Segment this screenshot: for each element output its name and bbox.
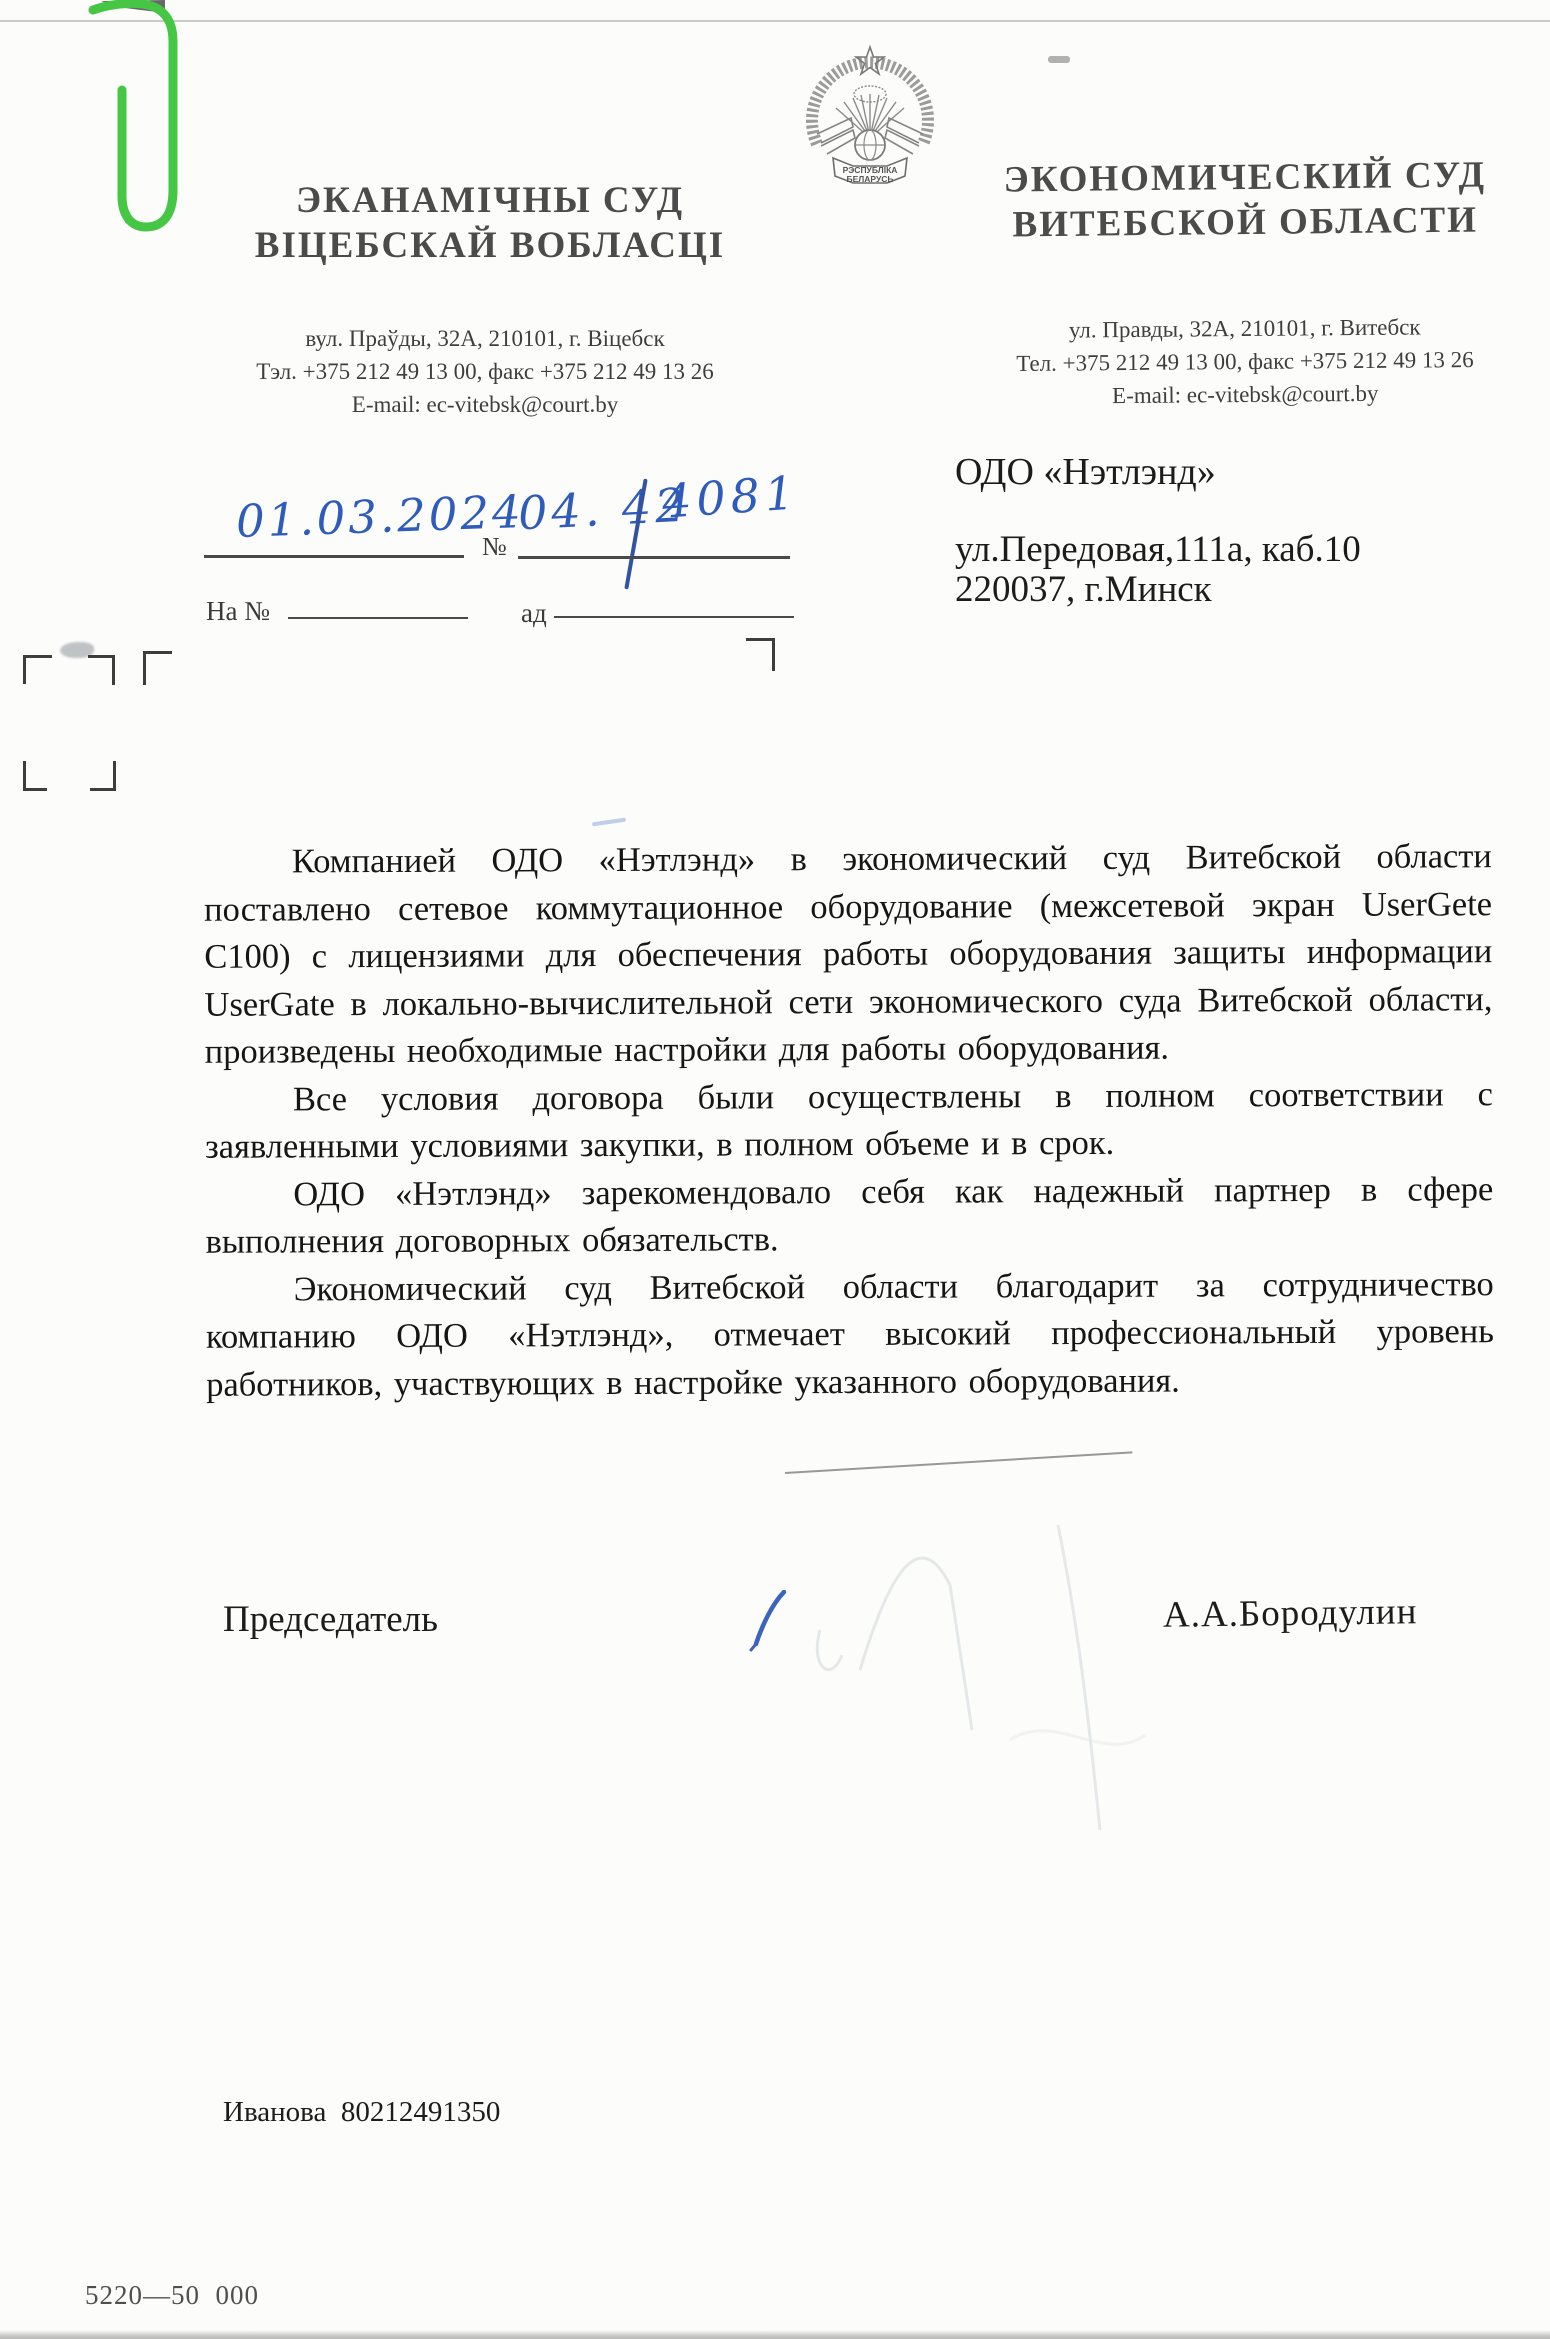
org-address-belarusian: вул. Праўды, 32А, 210101, г. Віцебск Тэл… bbox=[235, 322, 735, 421]
date-line bbox=[204, 555, 464, 558]
org-title-by-line2: ВІЦЕБСКАЙ ВОБЛАСЦІ bbox=[240, 223, 740, 268]
ghost-signature-artifact bbox=[800, 1500, 1260, 1880]
corner-mark-top-left-1 bbox=[23, 655, 52, 684]
org-addr-ru-line2: Тел. +375 212 49 13 00, факс +375 212 49… bbox=[995, 343, 1495, 380]
scan-dust-artifact bbox=[1048, 56, 1070, 63]
body-paragraph-1: Компанией ОДО «Нэтлэнд» в экономический … bbox=[204, 833, 1493, 1076]
recipient-address: ул.Передовая,111а, каб.10 220037, г.Минс… bbox=[955, 530, 1361, 610]
ink-speck-artifact bbox=[592, 818, 626, 827]
org-addr-ru-line1: ул. Правды, 32А, 210101, г. Витебск bbox=[995, 310, 1495, 347]
org-addr-by-line1: вул. Праўды, 32А, 210101, г. Віцебск bbox=[235, 322, 735, 355]
org-title-ru-line1: ЭКОНОМИЧЕСКИЙ СУД bbox=[995, 152, 1495, 202]
org-title-russian: ЭКОНОМИЧЕСКИЙ СУД ВИТЕБСКОЙ ОБЛАСТИ bbox=[995, 152, 1496, 247]
handwritten-number-right: 4081 bbox=[660, 465, 801, 528]
signer-name: А.А.Бородулин bbox=[1163, 1590, 1418, 1637]
scan-line-artifact bbox=[785, 1451, 1133, 1474]
reply-date-label: ад bbox=[521, 598, 547, 629]
corner-mark-bottom-left bbox=[23, 761, 47, 791]
body-paragraph-3: ОДО «Нэтлэнд» зарекомендовало себя как н… bbox=[205, 1166, 1493, 1267]
scan-bottom-edge bbox=[0, 2330, 1550, 2339]
emblem-ribbon-text-2: БЕЛАРУСЬ bbox=[847, 174, 894, 184]
paperclip bbox=[85, 0, 195, 245]
org-address-russian: ул. Правды, 32А, 210101, г. Витебск Тел.… bbox=[995, 310, 1496, 413]
number-line bbox=[518, 556, 790, 559]
reply-to-label: На № bbox=[206, 596, 270, 627]
number-label: № bbox=[482, 532, 507, 562]
recipient-name: ОДО «Нэтлэнд» bbox=[955, 450, 1216, 494]
reply-number-line bbox=[288, 617, 468, 619]
org-addr-by-line2: Тэл. +375 212 49 13 00, факс +375 212 49… bbox=[235, 355, 735, 388]
body-paragraph-4: Экономический суд Витебской области благ… bbox=[206, 1261, 1495, 1409]
org-title-by-line1: ЭКАНАМІЧНЫ СУД bbox=[240, 178, 740, 223]
org-addr-ru-line3: E-mail: ec-vitebsk@court.by bbox=[995, 376, 1495, 413]
body-paragraph-2: Все условия договора были осуществлены в… bbox=[205, 1071, 1493, 1172]
scanned-letter-page: РЭСПУБЛІКА БЕЛАРУСЬ ЭКАНАМІЧНЫ СУД ВІЦЕБ… bbox=[0, 0, 1550, 2339]
executor-line: Иванова 80212491350 bbox=[223, 2096, 500, 2129]
reply-date-line bbox=[554, 616, 794, 618]
corner-mark-top-left-2 bbox=[143, 651, 172, 685]
belarus-coat-of-arms-icon: РЭСПУБЛІКА БЕЛАРУСЬ bbox=[795, 42, 945, 190]
pen-signature-stroke bbox=[748, 1590, 792, 1654]
corner-mark-top-right-2 bbox=[746, 638, 775, 671]
recipient-address-line2: 220037, г.Минск bbox=[955, 570, 1361, 610]
corner-mark-top-right-1 bbox=[88, 655, 115, 685]
recipient-address-line1: ул.Передовая,111а, каб.10 bbox=[955, 530, 1361, 570]
scan-top-edge-line bbox=[0, 20, 1550, 22]
signer-position: Председатель bbox=[223, 1598, 438, 1641]
org-title-belarusian: ЭКАНАМІЧНЫ СУД ВІЦЕБСКАЙ ВОБЛАСЦІ bbox=[240, 178, 740, 268]
print-order-code: 5220—50 000 bbox=[85, 2280, 259, 2311]
letter-body: Компанией ОДО «Нэтлэнд» в экономический … bbox=[204, 833, 1494, 1409]
corner-mark-bottom-right bbox=[90, 761, 116, 791]
org-addr-by-line3: E-mail: ec-vitebsk@court.by bbox=[235, 388, 735, 421]
org-title-ru-line2: ВИТЕБСКОЙ ОБЛАСТИ bbox=[995, 197, 1495, 247]
